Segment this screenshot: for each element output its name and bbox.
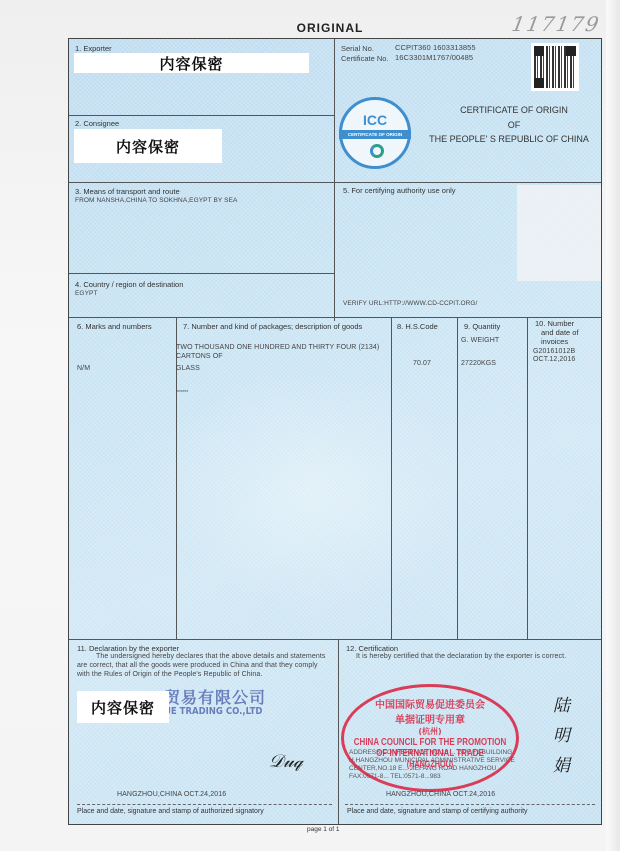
certification-text: It is hereby certified that the declarat… [356, 653, 566, 660]
authority-use-area [517, 185, 602, 281]
description-line2: CARTONS OF [176, 353, 223, 360]
description-line1: TWO THOUSAND ONE HUNDRED AND THIRTY FOUR… [176, 344, 379, 351]
company-stamp: 贸易有限公司 UE TRADING CO.,LTD [164, 685, 280, 717]
declaration-footer: Place and date, signature and stamp of a… [77, 808, 264, 815]
declaration-text-line1: The undersigned hereby declares that the… [96, 653, 326, 660]
certification-footer: Place and date, signature and stamp of c… [347, 808, 528, 815]
cert-title-line1: CERTIFICATE OF ORIGIN [424, 103, 602, 118]
qr-code[interactable] [531, 43, 579, 91]
cert-title-line3: THE PEOPLE' S REPUBLIC OF CHINA [414, 132, 602, 147]
invoice-header-line2: and date of [541, 328, 579, 337]
quantity-sub-label: G. WEIGHT [461, 337, 499, 344]
ccpit-stamp: 中国国际贸易促进委员会 单据证明专用章 (杭州) CHINA COUNCIL F… [341, 684, 519, 792]
marks-header: 6. Marks and numbers [77, 322, 152, 331]
authority-label: 5. For certifying authority use only [343, 186, 456, 195]
watermark [149, 369, 469, 609]
quantity-value: 27220KGS [461, 360, 496, 367]
declaration-label: 11. Declaration by the exporter [77, 644, 179, 653]
certificate-value: 16C3301M1767/00485 [395, 53, 473, 62]
verify-url[interactable]: VERIFY URL:HTTP://WWW.CD-CCPIT.ORG/ [343, 300, 477, 307]
description-line3: GLASS [176, 365, 200, 372]
certification-place-date: HANGZHOU,CHINA OCT.24,2016 [386, 791, 495, 798]
hs-code-value: 70.07 [413, 360, 431, 367]
quantity-header: 9. Quantity [464, 322, 500, 331]
serial-label: Serial No. [341, 44, 374, 53]
certifier-signature: 陆 明 娟 [553, 691, 577, 781]
consignee-value-redacted: 内容保密 [74, 129, 222, 163]
exporter-signature: 𝒟𝓊𝓆 [269, 751, 303, 772]
marks-value: N/M [77, 365, 90, 372]
invoice-header-line1: 10. Number [535, 319, 574, 328]
exporter-label: 1. Exporter [75, 44, 112, 53]
consignee-label: 2. Consignee [75, 119, 119, 128]
certificate-label: Certificate No. [341, 54, 389, 63]
declaration-company-redacted: 内容保密 [77, 691, 169, 723]
destination-label: 4. Country / region of destination [75, 280, 183, 289]
declaration-text-line3: with the Rules of Origin of the People's… [77, 671, 262, 678]
exporter-value-redacted: 内容保密 [74, 53, 309, 73]
invoice-date: OCT.12,2016 [533, 356, 575, 363]
certificate-form: 1. Exporter 内容保密 Serial No. CCPIT360 160… [68, 38, 602, 825]
page-indicator: page 1 of 1 [307, 826, 340, 833]
transport-value: FROM NANSHA,CHINA TO SOKHNA,EGYPT BY SEA [75, 197, 237, 204]
icc-logo: ICC CERTIFICATE OF ORIGIN [339, 97, 411, 169]
invoice-header-line3: invoices [541, 337, 568, 346]
handwritten-number: 117179 [510, 12, 603, 36]
serial-value: CCPIT360 1603313855 [395, 43, 476, 52]
invoice-number: G20161012B [533, 348, 575, 355]
destination-value: EGYPT [75, 290, 98, 297]
transport-label: 3. Means of transport and route [75, 187, 180, 196]
description-header: 7. Number and kind of packages; descript… [183, 322, 362, 331]
certification-label: 12. Certification [346, 644, 398, 653]
icc-ring-icon [370, 144, 384, 158]
cert-title-line2: OF [424, 118, 602, 133]
declaration-place-date: HANGZHOU,CHINA OCT.24,2016 [117, 791, 226, 798]
hs-code-header: 8. H.S.Code [397, 322, 438, 331]
description-end-marker: ****** [176, 390, 188, 396]
page-edge [606, 0, 620, 851]
declaration-text-line2: are correct, that all the goods were pro… [77, 662, 318, 669]
